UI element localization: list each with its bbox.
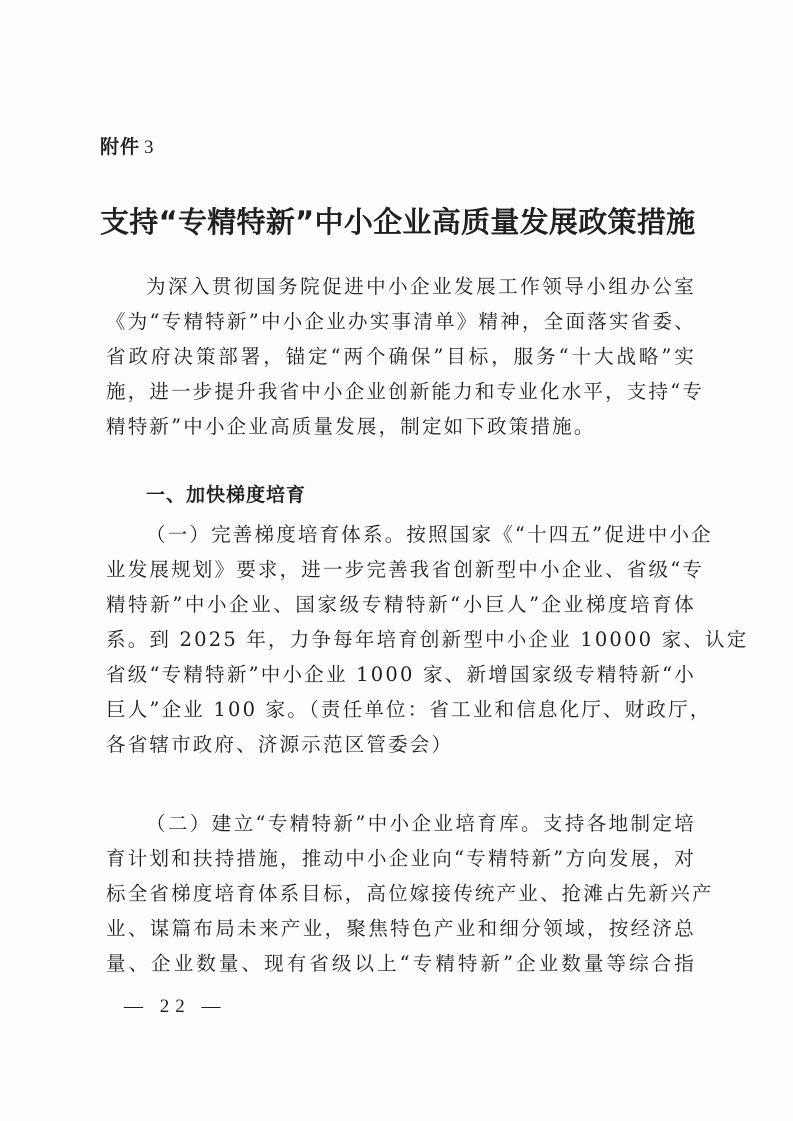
text-line: 业发展规划》要求，进一步完善我省创新型中小企业、省级“专	[106, 552, 696, 587]
item-1-paragraph: （一）完善梯度培育体系。按照国家《“十四五”促进中小企 业发展规划》要求，进一步…	[106, 517, 696, 762]
text-line: 省政府决策部署，锚定“两个确保”目标，服务“十大战略”实	[106, 339, 696, 374]
document-title: 支持“专精特新”中小企业高质量发展政策措施	[100, 200, 700, 241]
attachment-label: 附件3	[100, 132, 155, 159]
item-2-paragraph: （二）建立“专精特新”中小企业培育库。支持各地制定培 育计划和扶持措施，推动中小…	[106, 806, 696, 981]
text-line: 巨人”企业 100 家。（责任单位：省工业和信息化厅、财政厅，	[106, 692, 696, 727]
text-line: （一）完善梯度培育体系。按照国家《“十四五”促进中小企	[106, 517, 696, 552]
text-line: 精特新”中小企业、国家级专精特新“小巨人”企业梯度培育体	[106, 587, 696, 622]
page-number: — 22 —	[124, 996, 227, 1018]
text-line: 省级“专精特新”中小企业 1000 家、新增国家级专精特新“小	[106, 657, 696, 692]
text-line: 《为“专精特新”中小企业办实事清单》精神，全面落实省委、	[106, 304, 696, 339]
text-line: （二）建立“专精特新”中小企业培育库。支持各地制定培	[106, 806, 696, 841]
text-line: 标全省梯度培育体系目标，高位嫁接传统产业、抢滩占先新兴产	[106, 876, 696, 911]
text-line: 量、企业数量、现有省级以上“专精特新”企业数量等综合指	[106, 946, 696, 981]
section-heading: 一、加快梯度培育	[146, 480, 306, 507]
text-line: 各省辖市政府、济源示范区管委会）	[106, 727, 696, 762]
text-line: 业、谋篇布局未来产业，聚焦特色产业和细分领域，按经济总	[106, 911, 696, 946]
text-line: 育计划和扶持措施，推动中小企业向“专精特新”方向发展，对	[106, 841, 696, 876]
attachment-text: 附件	[100, 136, 140, 158]
text-line: 系。到 2025 年，力争每年培育创新型中小企业 10000 家、认定	[106, 622, 696, 657]
text-line: 为深入贯彻国务院促进中小企业发展工作领导小组办公室	[106, 269, 696, 304]
text-line: 精特新”中小企业高质量发展，制定如下政策措施。	[106, 409, 696, 444]
intro-paragraph: 为深入贯彻国务院促进中小企业发展工作领导小组办公室 《为“专精特新”中小企业办实…	[106, 269, 696, 444]
text-line: 施，进一步提升我省中小企业创新能力和专业化水平，支持“专	[106, 374, 696, 409]
attachment-number: 3	[144, 137, 155, 158]
